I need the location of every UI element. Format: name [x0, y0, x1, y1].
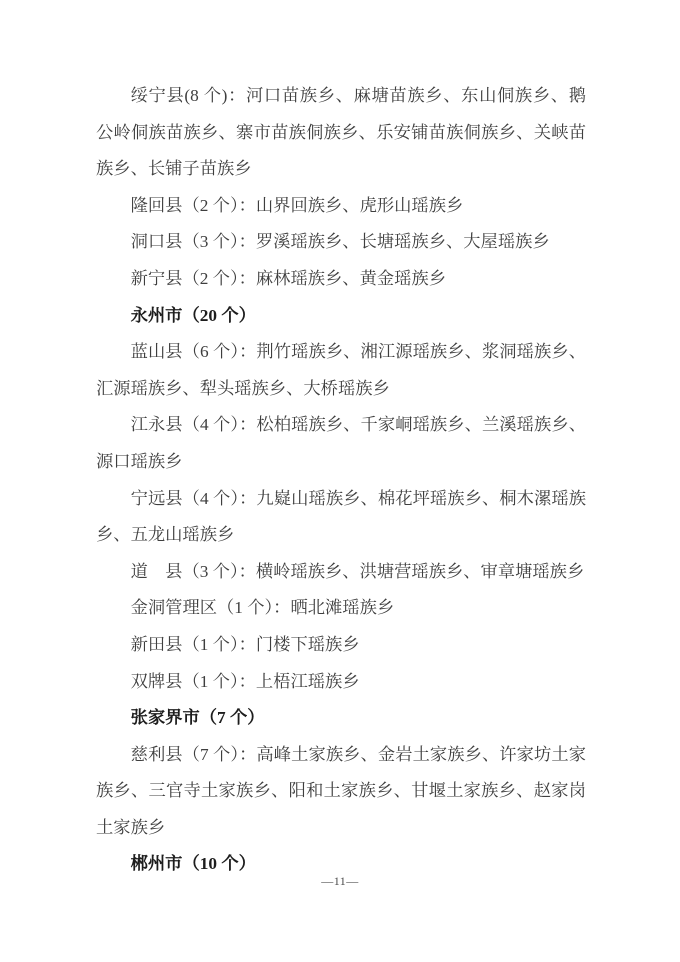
- entry-xintian-county: 新田县（1 个）：门楼下瑶族乡: [96, 627, 586, 664]
- page-number: —11—: [0, 874, 680, 889]
- entry-cili-county: 慈利县（7 个）：高峰土家族乡、金岩土家族乡、许家坊土家族乡、三官寺土家族乡、阳…: [96, 737, 586, 847]
- document-body: 绥宁县(8 个)：河口苗族乡、麻塘苗族乡、东山侗族乡、鹅公岭侗族苗族乡、寨市苗族…: [96, 78, 586, 883]
- entry-shuangpai-county: 双牌县（1 个）：上梧江瑶族乡: [96, 664, 586, 701]
- entry-ningyuan-county: 宁远县（4 个）：九嶷山瑶族乡、棉花坪瑶族乡、桐木漯瑶族乡、五龙山瑶族乡: [96, 481, 586, 554]
- entry-dongkou-county: 洞口县（3 个）：罗溪瑶族乡、长塘瑶族乡、大屋瑶族乡: [96, 224, 586, 261]
- entry-lanshan-county: 蓝山县（6 个）：荆竹瑶族乡、湘江源瑶族乡、浆洞瑶族乡、汇源瑶族乡、犁头瑶族乡、…: [96, 334, 586, 407]
- city-header-zhangjiajie: 张家界市（7 个）: [96, 700, 586, 737]
- document-page: 绥宁县(8 个)：河口苗族乡、麻塘苗族乡、东山侗族乡、鹅公岭侗族苗族乡、寨市苗族…: [0, 0, 680, 962]
- entry-longhui-county: 隆回县（2 个）：山界回族乡、虎形山瑶族乡: [96, 188, 586, 225]
- city-header-yongzhou: 永州市（20 个）: [96, 298, 586, 335]
- entry-suining-county: 绥宁县(8 个)：河口苗族乡、麻塘苗族乡、东山侗族乡、鹅公岭侗族苗族乡、寨市苗族…: [96, 78, 586, 188]
- entry-xinning-county: 新宁县（2 个）：麻林瑶族乡、黄金瑶族乡: [96, 261, 586, 298]
- entry-dao-county: 道 县（3 个）：横岭瑶族乡、洪塘营瑶族乡、审章塘瑶族乡: [96, 554, 586, 591]
- entry-jindong-management-district: 金洞管理区（1 个）：晒北滩瑶族乡: [96, 590, 586, 627]
- entry-jiangyong-county: 江永县（4 个）：松柏瑶族乡、千家峒瑶族乡、兰溪瑶族乡、源口瑶族乡: [96, 407, 586, 480]
